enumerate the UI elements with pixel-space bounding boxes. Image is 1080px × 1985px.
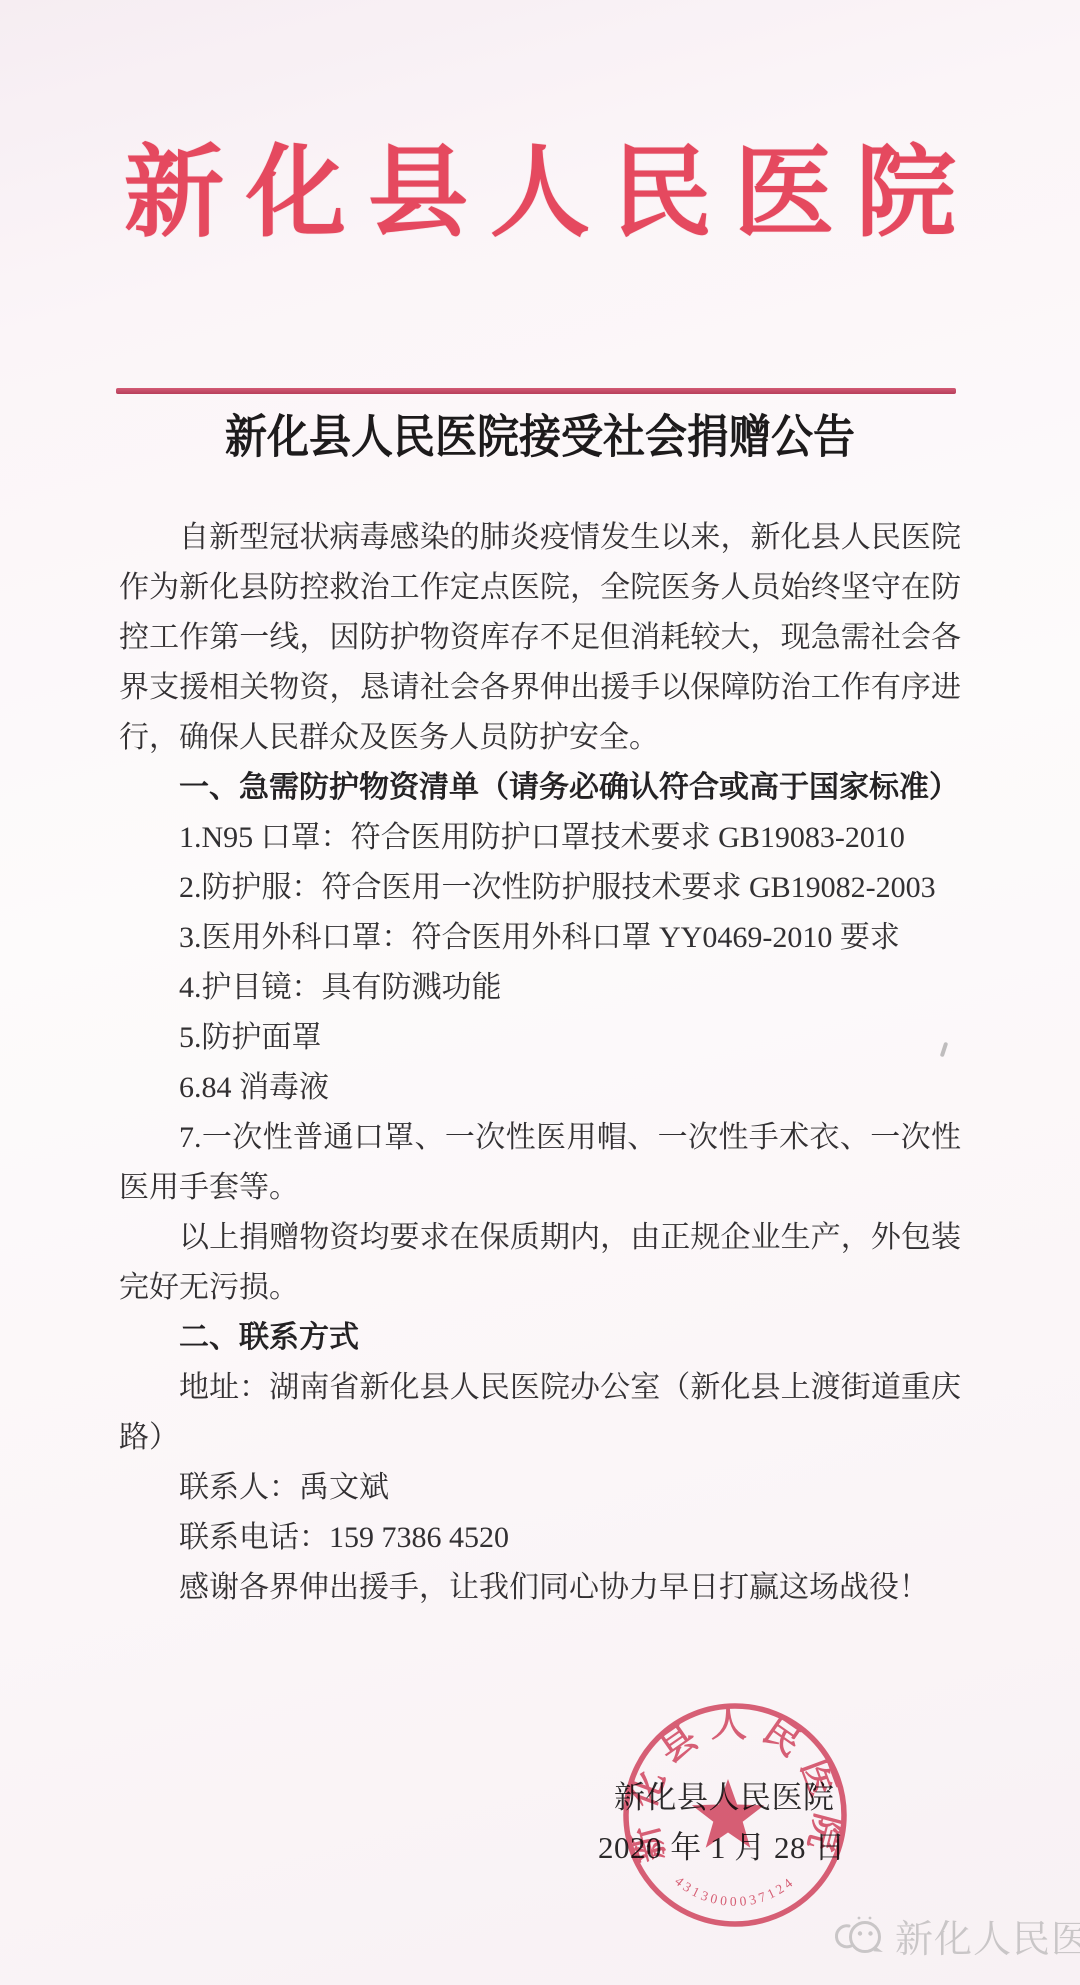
svg-text:4313000037124: 4313000037124 — [672, 1873, 798, 1909]
section1-heading: 一、急需防护物资清单 — [179, 771, 479, 804]
watermark-label: 新化人民医院 — [895, 1908, 1080, 1963]
supply-item-n95: 1.N95 口罩：符合医用防护口罩技术要求 GB19083-2010 — [119, 813, 961, 863]
section1-note: （请务必确认符合或高于国家标准） — [479, 771, 959, 804]
closing-line: 感谢各界伸出援手，让我们同心协力早日打赢这场战役！ — [119, 1563, 961, 1613]
supply-item-surgical-mask: 3.医用外科口罩：符合医用外科口罩 YY0469-2010 要求 — [119, 913, 961, 963]
supply-item-disinfectant: 6.84 消毒液 — [119, 1063, 961, 1113]
wechat-official-account-icon — [834, 1913, 886, 1959]
source-watermark: 新化人民医院 — [834, 1908, 1080, 1963]
supply-item-goggles: 4.护目镜：具有防溅功能 — [119, 963, 961, 1013]
quality-note-paragraph: 以上捐赠物资均要求在保质期内，由正规企业生产，外包装完好无污损。 — [119, 1213, 961, 1313]
star-icon — [692, 1779, 764, 1848]
hospital-letterhead-title: 新化县人民医院 — [0, 140, 1080, 248]
intro-paragraph: 自新型冠状病毒感染的肺炎疫情发生以来，新化县人民医院作为新化县防控救治工作定点医… — [119, 513, 961, 763]
official-red-stamp: 新化县人民医院 4313000037124 — [620, 1700, 852, 1932]
announcement-body: 自新型冠状病毒感染的肺炎疫情发生以来，新化县人民医院作为新化县防控救治工作定点医… — [119, 513, 961, 1613]
donation-announcement-document: 新化县人民医院 新化县人民医院接受社会捐赠公告 自新型冠状病毒感染的肺炎疫情发生… — [0, 0, 1080, 1985]
red-divider-line — [116, 388, 956, 394]
contact-person-line: 联系人：禹文斌 — [119, 1463, 961, 1513]
supply-item-face-shield: 5.防护面罩 — [119, 1013, 961, 1063]
address-line: 地址：湖南省新化县人民医院办公室（新化县上渡街道重庆路） — [119, 1363, 961, 1463]
contact-phone-line: 联系电话：159 7386 4520 — [119, 1513, 961, 1563]
announcement-title: 新化县人民医院接受社会捐赠公告 — [0, 401, 1080, 467]
stamp-code-text: 4313000037124 — [672, 1873, 798, 1909]
svg-text:新化县人民医院: 新化县人民医院 — [622, 1704, 849, 1866]
supply-item-disposables: 7.一次性普通口罩、一次性医用帽、一次性手术衣、一次性医用手套等。 — [119, 1113, 961, 1213]
section2-heading: 二、联系方式 — [119, 1313, 961, 1363]
stamp-ring-text: 新化县人民医院 — [622, 1704, 849, 1866]
section1-heading-line: 一、急需防护物资清单（请务必确认符合或高于国家标准） — [119, 763, 961, 813]
supply-item-protective-suit: 2.防护服：符合医用一次性防护服技术要求 GB19082-2003 — [119, 863, 961, 913]
